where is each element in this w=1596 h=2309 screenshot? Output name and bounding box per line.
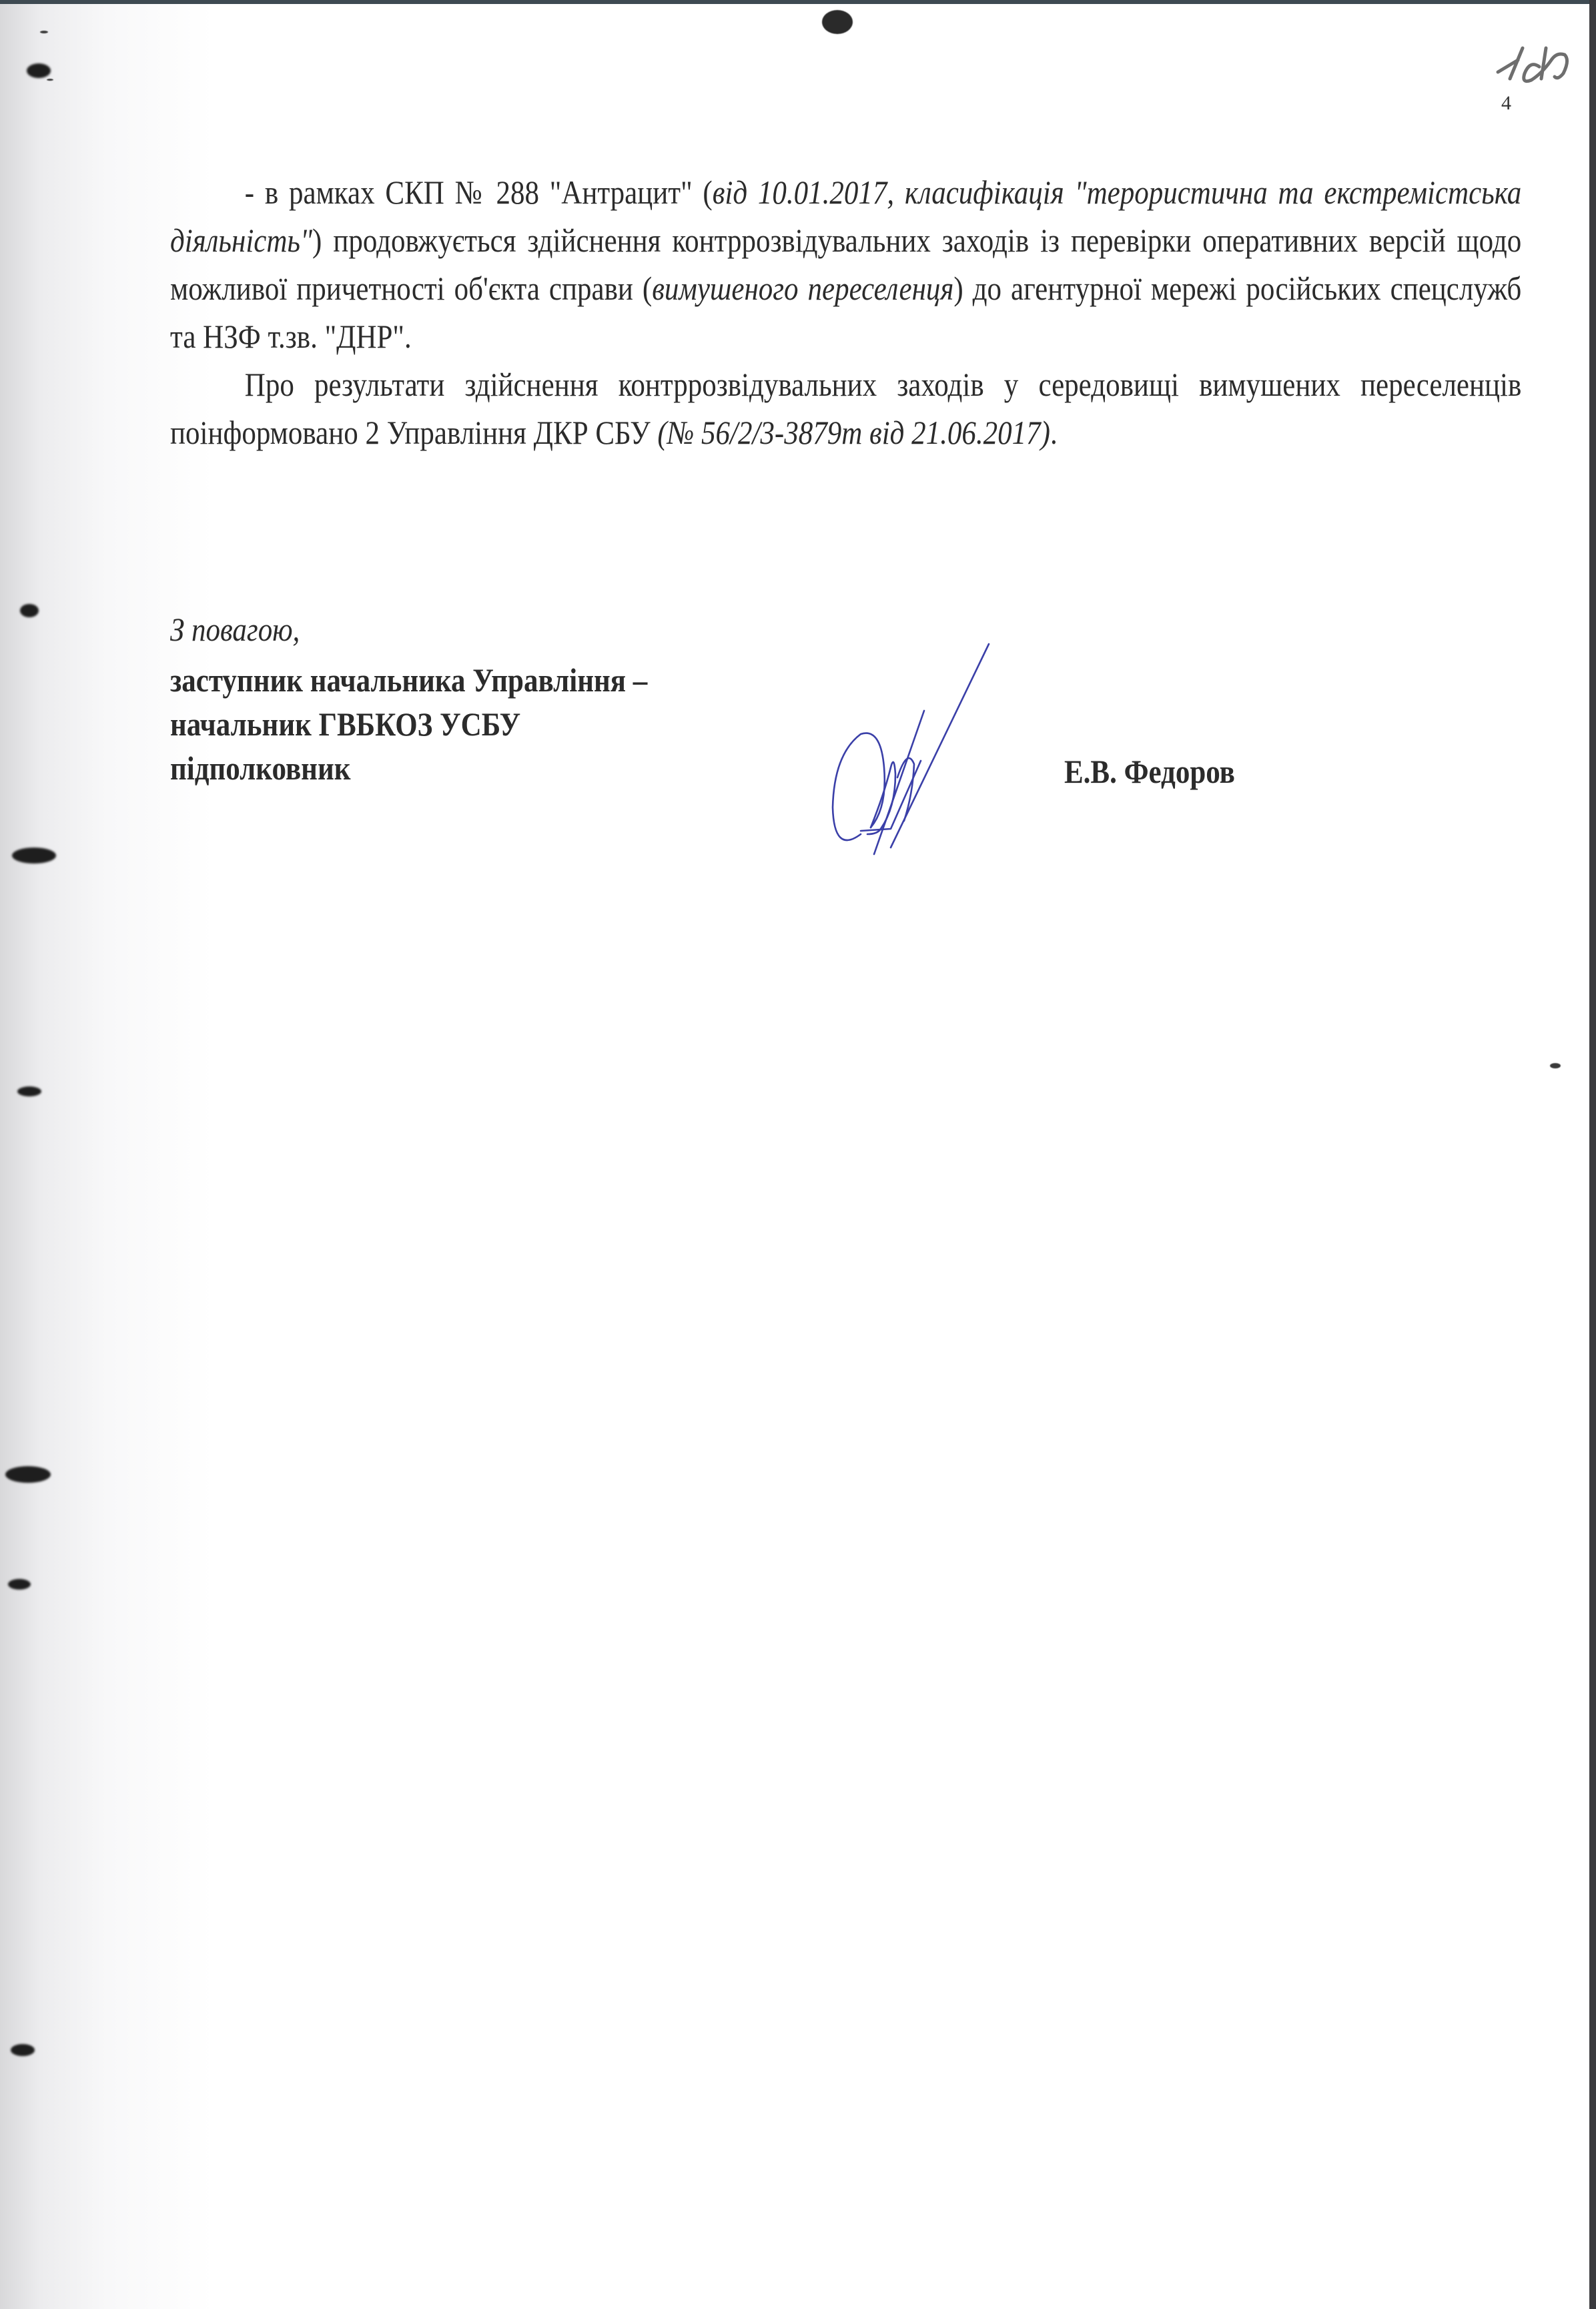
signatory-title-line-1: заступник начальника Управління – — [170, 658, 647, 702]
scan-speck — [47, 79, 53, 81]
signatory-rank: підполковник — [170, 746, 647, 790]
text-segment: . — [1050, 414, 1058, 451]
punch-hole — [12, 848, 56, 864]
signature-block: З повагою, заступник начальника Управлін… — [170, 607, 647, 790]
body-text: - в рамках СКП № 288 "Антрацит" (від 10.… — [170, 168, 1521, 456]
scan-edge-right — [1589, 0, 1596, 2309]
paragraph-2: Про результати здійснення контррозвідува… — [170, 360, 1521, 456]
text-segment-italic: вимушеного переселенця — [652, 270, 953, 307]
scan-speck — [822, 10, 853, 34]
page-number: 4 — [1501, 92, 1511, 115]
handwritten-sheet-number-icon — [1491, 40, 1578, 93]
paragraph-1: - в рамках СКП № 288 "Антрацит" (від 10.… — [170, 168, 1521, 360]
punch-hole — [17, 1086, 41, 1096]
scan-speck — [40, 31, 48, 33]
punch-hole — [20, 604, 39, 617]
closing-regards: З повагою, — [170, 607, 647, 651]
punch-hole — [8, 1579, 31, 1590]
signatory-name: Е.В. Федоров — [1064, 752, 1235, 791]
punch-hole — [5, 1466, 51, 1483]
punch-hole — [27, 63, 51, 78]
scanned-page: 4 - в рамках СКП № 288 "Антрацит" (від 1… — [0, 0, 1596, 2309]
handwritten-signature-icon — [747, 634, 1001, 874]
scan-speck — [1550, 1063, 1561, 1068]
scan-edge-top — [0, 0, 1596, 4]
signatory-title-line-2: начальник ГВБКОЗ УСБУ — [170, 702, 647, 746]
text-segment-italic: (№ 56/2/3-3879т від 21.06.2017) — [657, 414, 1050, 451]
text-segment: - в рамках СКП № 288 "Антрацит" ( — [245, 174, 713, 211]
punch-hole — [11, 2044, 35, 2056]
